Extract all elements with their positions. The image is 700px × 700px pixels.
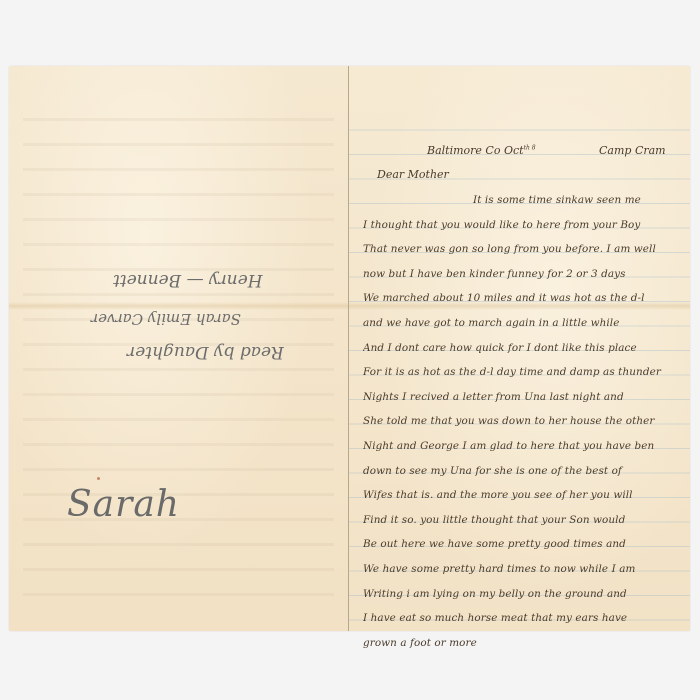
- letter-dateline: Baltimore Co Octth 8: [427, 144, 536, 157]
- paper-stain: [97, 477, 100, 480]
- letter-line: She told me that you was down to her hou…: [363, 409, 685, 434]
- dateline-place: Baltimore Co Oct: [427, 144, 524, 157]
- letter-line: Nights I recived a letter from Una last …: [363, 385, 685, 410]
- letter-line: now but I have ben kinder funney for 2 o…: [363, 262, 685, 287]
- letter-line: and we have got to march again in a litt…: [363, 311, 685, 336]
- letter-line: I thought that you would like to here fr…: [363, 213, 685, 238]
- letter-line: Wifes that is. and the more you see of h…: [363, 483, 685, 508]
- letter-line: Be out here we have some pretty good tim…: [363, 532, 685, 557]
- letter-sheet: Henry — Bennett Sarah Emily Carver Read …: [9, 66, 690, 631]
- pencil-note-read-by: Read by Daughter: [127, 342, 284, 362]
- letter-salutation: Dear Mother: [377, 168, 449, 181]
- letter-camp-name: Camp Cram: [599, 144, 666, 157]
- signature-sarah: Sarah: [67, 484, 180, 525]
- letter-line: We have some pretty hard times to now wh…: [363, 557, 685, 582]
- left-page: Henry — Bennett Sarah Emily Carver Read …: [9, 66, 348, 631]
- horizontal-crease: [9, 302, 348, 310]
- letter-line: down to see my Una for she is one of the…: [363, 459, 685, 484]
- letter-line: It is some time sinkaw seen me: [363, 188, 685, 213]
- pencil-note-name: Henry — Bennett: [113, 270, 263, 290]
- letter-line: grown a foot or more: [363, 631, 685, 656]
- letter-body: It is some time sinkaw seen me I thought…: [363, 188, 685, 655]
- letter-line: Night and George I am glad to here that …: [363, 434, 685, 459]
- right-page: Baltimore Co Octth 8 Camp Cram Dear Moth…: [349, 66, 690, 631]
- letter-line: That never was gon so long from you befo…: [363, 237, 685, 262]
- letter-line: And I dont care how quick for I dont lik…: [363, 336, 685, 361]
- dateline-superscript: th 8: [524, 144, 536, 151]
- letter-line: For it is as hot as the d-l day time and…: [363, 360, 685, 385]
- pencil-note-full-name: Sarah Emily Carver: [91, 310, 241, 328]
- letter-line: Writing i am lying on my belly on the gr…: [363, 582, 685, 607]
- letter-line: We marched about 10 miles and it was hot…: [363, 286, 685, 311]
- letter-line: I have eat so much horse meat that my ea…: [363, 606, 685, 631]
- letter-line: Find it so. you little thought that your…: [363, 508, 685, 533]
